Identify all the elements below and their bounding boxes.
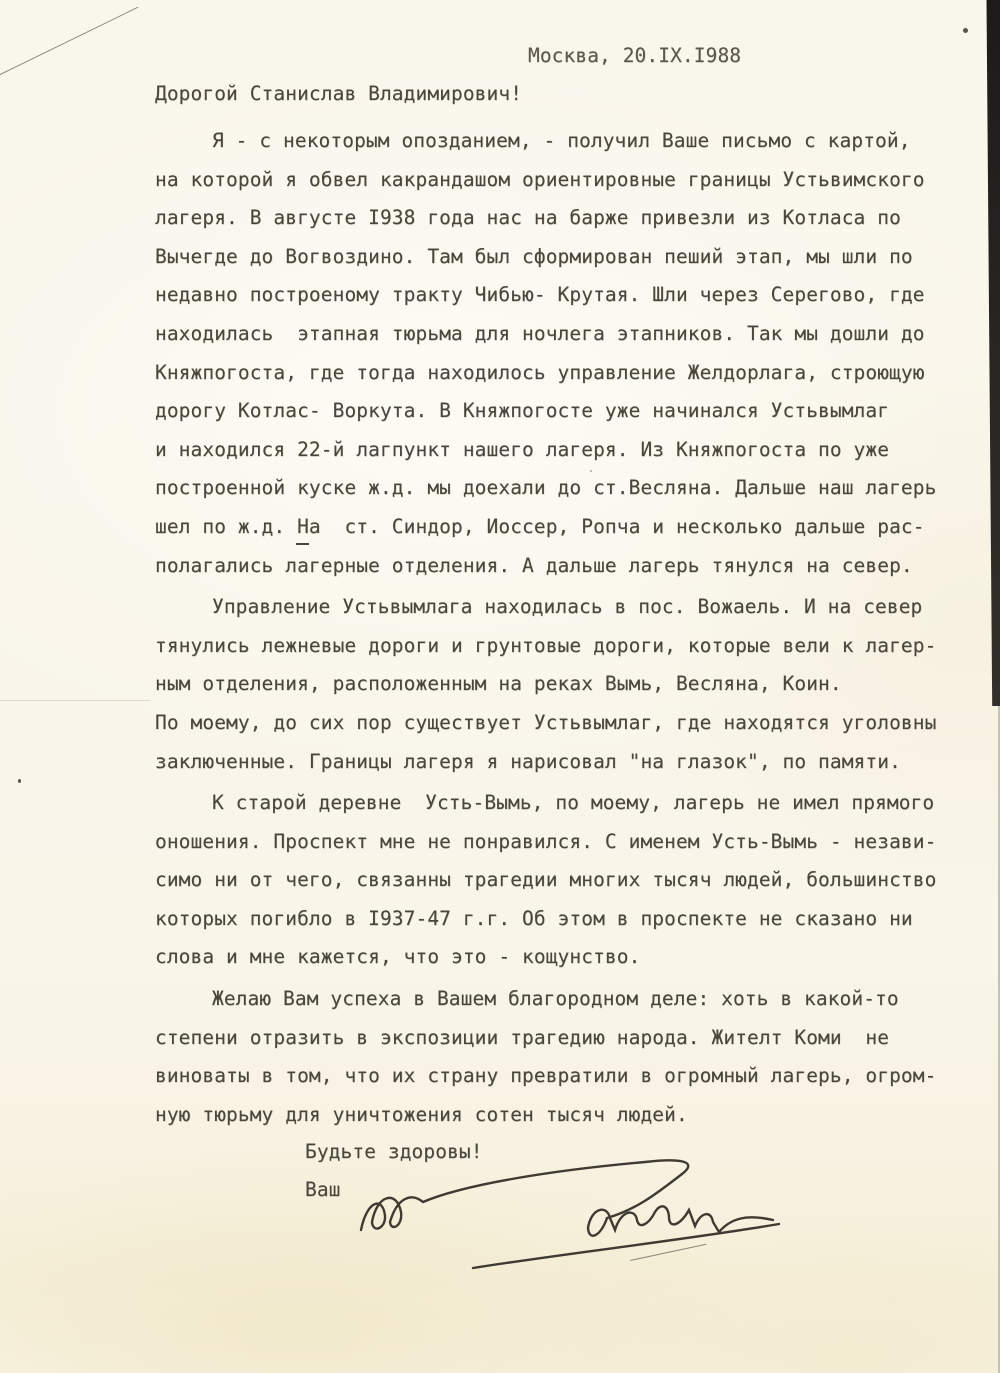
letter-line: ную тюрьму для уничтожения сотен тысяч л… [155, 1096, 960, 1135]
letter-line: которых погибло в I937-47 г.г. Об этом в… [155, 900, 960, 939]
overstrike-correction-mark [296, 543, 309, 545]
letter-line: заключенные. Границы лагеря я нарисовал … [155, 743, 960, 782]
fold-crease-top-left [0, 7, 138, 77]
letter-line: степени отразить в экспозиции трагедию н… [155, 1019, 960, 1058]
ink-speck [18, 779, 21, 783]
letter-line: Я - с некоторым опозданием, - получил Ва… [155, 122, 960, 161]
salutation: Дорогой Станислав Владимирович! [155, 82, 522, 105]
letter-line: полагались лагерные отделения. А дальше … [155, 547, 960, 586]
dateline: Москва, 20.IX.I988 [528, 44, 741, 67]
ink-speck [963, 28, 968, 33]
letter-line: Княжпогоста, где тогда находилось управл… [155, 354, 960, 393]
letter-line: дорогу Котлас- Воркута. В Княжпогосте уж… [155, 392, 960, 431]
signature [345, 1148, 795, 1273]
letter-line: виноваты в том, что их страну превратили… [155, 1057, 960, 1096]
letter-line: находилась этапная тюрьма для ночлега эт… [155, 315, 960, 354]
letter-body: Я - с некоторым опозданием, - получил Ва… [155, 119, 960, 1134]
letter-line: Желаю Вам успеха в Вашем благородном дел… [155, 980, 960, 1019]
letter-line: Вычегде до Вогвоздино. Там был сформиров… [155, 238, 960, 277]
letter-line: недавно построеному тракту Чибью- Крутая… [155, 276, 960, 315]
signoff-word: Ваш [305, 1178, 341, 1201]
letter-line: на которой я обвел какрандашом ориентиро… [155, 161, 960, 200]
letter-line: шел по ж.д. На ст. Синдор, Иоссер, Ропча… [155, 508, 960, 547]
letter-line: лагеря. В августе I938 года нас на барже… [155, 199, 960, 238]
letter-line: ным отделения, расположенным на реках Вы… [155, 665, 960, 704]
letter-line: Управление Устьвымлага находилась в пос.… [155, 588, 960, 627]
letter-line: симо ни от чего, связанны трагедии многи… [155, 861, 960, 900]
fold-crease-middle [0, 700, 150, 701]
letter-page: Москва, 20.IX.I988 Дорогой Станислав Вла… [0, 0, 1000, 1373]
letter-line: слова и мне кажется, что это - кощунство… [155, 938, 960, 977]
letter-line: оношения. Проспект мне не понравился. С … [155, 823, 960, 862]
letter-line: построенной куске ж.д. мы доехали до ст.… [155, 469, 960, 508]
letter-line: К старой деревне Усть-Вымь, по моему, ла… [155, 784, 960, 823]
letter-line: По моему, до сих пор существует Устьвымл… [155, 704, 960, 743]
scan-edge-shadow [985, 0, 1000, 706]
letter-line: и находился 22-й лагпункт нашего лагеря.… [155, 431, 960, 470]
letter-line: тянулись лежневые дороги и грунтовые дор… [155, 627, 960, 666]
